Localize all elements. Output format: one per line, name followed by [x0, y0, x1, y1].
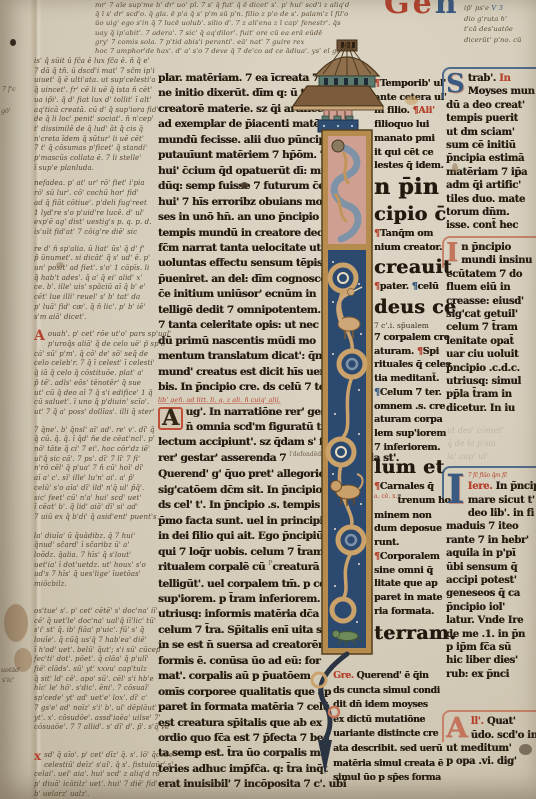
gloss-line: tempis puerit	[446, 112, 536, 125]
gloss-line: dicetur. In iu	[446, 402, 536, 415]
text-run: cōsuaōe'. 7 7 allid'. s' dī' d'. p̄'. s'…	[34, 723, 171, 731]
text-run: Temporib' ul'	[380, 78, 446, 89]
gloss-line: p ip̄m fc̄a sū	[446, 641, 536, 654]
text-run: re d' n̄ sp'alia. ū liat' ūs' q̄ d' f'	[34, 245, 144, 253]
gloss-line: p̄ncipio iol'	[446, 601, 536, 614]
in-principio-gloss-block: In p̄ncipiomundi insinuecūtatem 7 doflue…	[446, 241, 536, 415]
text-run: sic' feet' cū' n'a' hui' scd' uet'	[34, 494, 141, 502]
text-run: deus ce	[374, 296, 456, 318]
text-run: q̄ iā q̄ celo q̄ cōstituōe. plat' a'	[34, 369, 144, 377]
text-run: maduis 7 iteo	[446, 521, 518, 532]
text-run: q̄ hab't ades'. q̄ a' q̄ ei' alid' x'	[34, 274, 142, 282]
gloss-line: pp̄la t̄ram in	[446, 388, 536, 401]
bleed-line: ia' cap' ul'	[447, 450, 533, 463]
text-run: celū	[417, 281, 438, 292]
gloss-line: ut' cū q̄ deo aī 7 q̄ s'i edifice' 1 q̄	[34, 389, 159, 399]
text-run: os'tue' s'. p' cet' cētē' s' doc'na' iī'	[34, 607, 158, 615]
gloss-line: ll'. Quat'	[446, 715, 536, 728]
gloss-line: ip̄' ps'e V 3	[464, 3, 534, 14]
text-run: ip̄' ps'e	[464, 4, 491, 12]
text-run: miōcbilz.	[34, 580, 67, 588]
gloss-line: q̄ hab't ades'. q̄ a' q̄ ei' alid' x'	[34, 274, 159, 284]
decorated-initial-I: I	[446, 471, 465, 509]
canopy-roof	[293, 86, 383, 132]
text-run: ūdo. scd'o in iu	[471, 730, 536, 741]
text-run: Celum 7 ter.	[380, 387, 442, 398]
text-run: uiuet' q̄ ē ulti'ata. ut sup'celesti'a	[34, 76, 156, 84]
text-run: p' luā' fid' cæ'. q̄ n̄ lic'. p' b' iē'	[34, 303, 146, 311]
text-run: rub: ex p̄nci	[446, 669, 509, 680]
text-run: V 3	[491, 4, 503, 12]
gloss-line: ūdo. scd'o in iu	[446, 729, 536, 742]
gloss-line: p̄ tē'. adls' eōs' tēnotēr' q̄ sue	[34, 379, 159, 389]
text-run: mat'. corpalis aū p p̄uatōem	[158, 670, 310, 682]
text-run: 7 corpalem cre	[374, 332, 450, 343]
text-run: ouah'. p' cet' rōe ut'o' pars sp'ual'	[48, 330, 171, 338]
left-gloss-block-8: xsd' q̄ aīo'. p' cet' dīz' q̄. s'. lō' q…	[34, 751, 159, 799]
text-run: Carnales q̄	[380, 481, 434, 492]
text-run: ut des' cōmet'	[447, 426, 504, 435]
gloss-line: maduis 7 iteo	[446, 520, 536, 533]
gloss-line: t'cā des'uatōe	[464, 24, 534, 35]
gloss-line: rō' sū lur'. cō' cochū hor' fid'	[34, 189, 159, 199]
gloss-line: ce. b'. ille' uis' spāciū aī q̄ b' e'	[34, 283, 159, 293]
text-run: p' diuā' icātilz' uet'. hui' 7 diē' fid'	[34, 780, 158, 788]
gloss-line: uet'ia' ī dot'uetdz. ut' houx' s'o	[34, 561, 159, 571]
gloss-line: utriusq: simul	[446, 375, 536, 388]
gloss-line: p' diuā' icātilz' uet'. hui' 7 diē' fid'	[34, 780, 159, 790]
text-run: 7 f'c	[2, 86, 16, 93]
text-run: p̄ncipio iol'	[446, 602, 505, 613]
decorated-initial-I: I	[446, 241, 458, 265]
gloss-line: ī cēat' b'. q̄ lid' aiā' dī' si' ad'	[34, 503, 159, 513]
edge-stain	[14, 648, 32, 672]
gloss-line: ouah'. p' cet' rōe ut'o' pars sp'ual'	[34, 330, 159, 340]
margin-note: 7 f'c	[2, 86, 16, 93]
text-run: dicerūt' p'no. cū	[464, 36, 522, 44]
text-run: sp'cede' yt' ad' uet'e' lox'. dī' c'	[34, 694, 147, 702]
text-run: 7 gs'e' ad' noīz' s'i' b'. ul' dēplāut'	[34, 704, 157, 712]
gloss-line: fluem eiū in	[446, 281, 536, 294]
gloss-line: n'rō cēl' q̄ p'ua' 7 n̄ cū' hoī' dī'	[34, 464, 159, 474]
parchment-hole	[10, 39, 16, 46]
decorated-initial-A: A	[34, 330, 45, 342]
gloss-line: q̄ cū. q̄. q̄. ī q̄d' n̄e de cēat'ncl'. …	[34, 435, 159, 445]
text-run: celai'. uel' aia'. hui' scd' z aliq'd rō…	[34, 770, 162, 778]
gloss-line: gry' 7 comis sola. 7 p'tid abis'i perant…	[95, 38, 475, 47]
gloss-line: mundi insinu	[446, 254, 536, 267]
text-run: q̄ uincet'. fr' cē li uē q̄ ista n̄ cēt'	[34, 86, 152, 94]
text-run: uay q̄ ip'abit'. 7 adera'. 7 sic' q̄ aq'…	[95, 29, 322, 37]
gloss-line: fiē' clāds'. sū' yt' xxvu' cap'tulz	[34, 665, 159, 675]
text-run: nō' tāte q̄ ci' 7 ei'. hoc cōr'dz iē'	[34, 445, 150, 453]
gloss-line: dicerūt' p'no. cū	[464, 35, 534, 46]
text-run: geneseos q̄ ca	[446, 588, 520, 599]
text-run: ¶Ali'	[413, 105, 435, 116]
edge-stain	[4, 604, 28, 642]
gloss-line: t' dissimilē de q̄ lud' āt q̄ cis q̄	[34, 125, 159, 135]
text-run: cēt' lue illi' reuel' s' b' tat' da	[34, 293, 140, 301]
text-run: n'rō cēl' q̄ p'ua' 7 n̄ cū' hoī' dī'	[34, 464, 144, 472]
text-run: lenitate opat̄	[446, 336, 514, 347]
text-run: q̄ ī s' dr' scd'o. q̄ gla. ē p'a q̄ s' p…	[95, 10, 348, 18]
text-run: 7 fc̄ fiūo q̄m fc̄	[468, 472, 507, 479]
text-run: p opa .vi. dig'	[446, 756, 517, 767]
corner-blot	[519, 744, 532, 755]
text-run: de me .1. in p̄n	[446, 629, 525, 640]
gloss-line: s'm aiā' dicet'.	[34, 313, 159, 323]
ink-blot	[241, 182, 248, 189]
gloss-line: sp'cede' yt' ad' uet'e' lox'. dī' c'	[34, 694, 159, 704]
gloss-line: miōcbilz.	[34, 580, 159, 590]
initial-a-framed: A	[158, 407, 183, 430]
text-run: uar ciu uoluit	[446, 349, 518, 360]
gloss-line: celestiū' deīz' s'aī'. q̄ s'. fistulaūr'…	[34, 761, 159, 771]
gloss-line: cōsuaōe'. 7 7 allid'. s' dī' d'. p̄'. s'…	[34, 723, 159, 733]
gloss-line: ūo uig' ego s'in q̄ 7 lucē uolub'. silio…	[95, 19, 475, 28]
text-run: un' posit' ad fiet'. s'o' 1 cāpīs. li	[34, 264, 149, 272]
corner-gloss: ip̄' ps'e V 3dio g'ruta h't'cā des'uatōe…	[464, 3, 534, 45]
text-run: creasse: eiusd'	[446, 296, 524, 307]
gloss-line: fec'ti' dot'. pōet'. q̄ clāa' q̄ p'ulī'	[34, 655, 159, 665]
text-run: s'ic'	[2, 677, 14, 684]
text-run: aq'ticā creatā. cū d' q̄ sup'iora fid'	[34, 106, 159, 114]
gloss-line: p opa .vi. dig'	[446, 755, 536, 768]
gloss-line: q̄ uincet'. fr' cē li uē q̄ ista n̄ cēt'	[34, 86, 159, 96]
gloss-line: nō' tāte q̄ ci' 7 ei'. hoc cōr'dz iē'	[34, 445, 159, 455]
left-gloss-block-6: la' diuīa' ū q̄uādibz. q̄ 7 hui'q̄nud' s…	[34, 532, 159, 590]
text-run: torum dn̄m.	[446, 207, 509, 218]
text-run: ī sup'e planluda.	[34, 164, 94, 172]
gloss-line: ut' 7 q̄ a' poss' dollīas'. illi q̄ ster…	[34, 408, 159, 418]
text-run: louīe'. q̄ cūq̄ us'q̄ 7 hab'ea' diē'	[34, 636, 147, 644]
strabus-gloss-block: Strab'. InMoyses mundū a deo creat'tempi…	[446, 72, 536, 233]
text-run: yt'. x'. cōsudōe'. assd'iaēa' uilse' 7'	[34, 714, 161, 722]
gloss-line: de q̄ li loc' penit' sociat'. n̄ n'cep'	[34, 115, 159, 125]
text-run: q̄nud' sc̄ard' ī sc̄aribz ū' a'	[34, 541, 129, 549]
gloss-line: q̄nud' sc̄ard' ī sc̄aribz ū' a'	[34, 541, 159, 551]
gloss-line: os'tue' s'. p' cet' cētē' s' doc'na' iī'	[34, 607, 159, 617]
gloss-line: matēriam 7 ip̄a	[446, 166, 536, 179]
jerome-gloss-block: I7 fc̄ fiūo q̄m fc̄Iere. In p̄ncipmare s…	[446, 471, 536, 681]
text-run: ut' 7 q̄ a' poss' dollīas'. illi q̄ ster…	[34, 408, 154, 416]
text-run: mundi insinu	[461, 255, 532, 266]
gloss-line: ua ip̄i'. q̄ d' fiat lux d' tollit' ī al…	[34, 96, 159, 106]
gloss-line: s'i' st' q̄. ib' fiāa' p'uic'. fū' s' q̄	[34, 626, 159, 636]
text-run: exp'ē ag' dist' uestig's p. q. p. d.	[34, 218, 152, 226]
text-run: n'creta īdem q̄ sūtur' li uē cēt'	[34, 135, 144, 143]
text-run: p'mascūs collata ē. 7 li stelle'	[34, 154, 141, 162]
gloss-line: rante 7 in hebr'	[446, 534, 536, 547]
gloss-line: mr' 7 aīe sup'me b' dr' uo' pī. 7 s' q̄ …	[95, 1, 475, 10]
gloss-line: aq'ticā creatā. cū d' q̄ sup'iora fid'	[34, 106, 159, 116]
gloss-line: de me .1. in p̄n	[446, 628, 536, 641]
decorated-initial-A: A	[446, 715, 468, 741]
gloss-line: torum dn̄m.	[446, 206, 536, 219]
text-run: cē' q̄ uet'le' doc'na' ual'q̄ iī'lic' tū…	[34, 617, 156, 625]
text-run: accipi potest'	[446, 575, 516, 586]
gloss-line: sig'cat getuil'	[446, 308, 536, 321]
text-run: Corporalem	[380, 551, 440, 562]
text-run: latur. Vnde Ire	[446, 615, 523, 626]
text-run: trab'.	[468, 73, 499, 84]
gloss-line: is' q̄ sūit ū fc̄a ē lux fc̄a ē. n̄ q̄ e…	[34, 57, 159, 67]
text-run: q̄ sit' ld' cē'. apo' sū'. cēl' s'i hb'e	[34, 675, 154, 683]
gloss-line: aī a' c'. sī' ille' lu'n' ai'. a' p̄'	[34, 474, 159, 484]
text-run: p̄ tē'. adls' eōs' tēnotēr' q̄ sue	[34, 379, 141, 387]
text-run: matēriam 7 ip̄a	[446, 167, 527, 178]
left-gloss-block-7: os'tue' s'. p' cet' cētē' s' doc'na' iī'…	[34, 607, 159, 733]
text-run: celo celeb'r. 7 q̄ ī celest' ī celesti'	[34, 359, 155, 367]
text-run: gry' 7 comis sola. 7 p'tid abis'i perant…	[95, 38, 304, 46]
text-run: p̄ncipio .c.d.c.	[446, 363, 520, 374]
text-run: In p̄ncip	[492, 481, 536, 492]
illuminated-initial-i	[291, 34, 385, 790]
text-run: ia' cap' ul'	[447, 452, 488, 461]
text-run: s'i' st' q̄. ib' fiāa' p'uic'. fū' s' q̄	[34, 626, 144, 634]
text-run: ūbi sensum q̄	[446, 562, 517, 573]
text-run: Moyses mun	[468, 86, 535, 97]
interlinear-gloss: P	[268, 560, 272, 567]
gloss-line: p̄ ūnumet'. si dicāt' q̄ s' ud' ē. p'	[34, 254, 159, 264]
gloss-line: celo celeb'r. 7 q̄ ī celest' ī celesti'	[34, 359, 159, 369]
text-run: q̄ cū. q̄. q̄. ī q̄d' n̄e de cēat'ncl'. …	[34, 435, 155, 443]
gloss-line: cē' q̄ uet'le' doc'na' ual'q̄ iī'lic' tū…	[34, 617, 159, 627]
text-run: p ip̄m fc̄a sū	[446, 642, 511, 653]
left-gloss-block-4: Aouah'. p' cet' rōe ut'o' pars sp'ual'p'…	[34, 330, 159, 417]
gloss-line: uiuet' q̄ ē ulti'ata. ut sup'celesti'a	[34, 76, 159, 86]
text-run: isse. cont̄ hec	[446, 220, 518, 231]
text-run: Quat'	[484, 716, 516, 727]
margin-note: gō'	[1, 108, 11, 115]
text-run: ritualem corpalē cū	[158, 561, 268, 573]
left-gloss-block-3: re d' n̄ sp'alia. ū liat' ūs' q̄ d' f'p̄…	[34, 245, 159, 323]
gloss-line: ūbi sensum q̄	[446, 561, 536, 574]
gloss-line: hoc 7 amphor'de hax'. d' a' s'o 7 deve q…	[95, 47, 475, 56]
text-run: rō' sū lur'. cō' cochū hor' fid'	[34, 189, 139, 197]
text-run: 1 lyd're s'o p'uid're lucē. d' ul'	[34, 209, 144, 217]
tail-flourish	[312, 654, 347, 774]
text-run: p̄ncipia estimā	[446, 153, 524, 164]
text-run: lib' geñ. ad litt. li. q. z ali. ñ cuiq'…	[158, 396, 281, 404]
gloss-line: dio g'ruta h'	[464, 14, 534, 25]
gloss-line: exp'ē ag' dist' uestig's p. q. p. d.	[34, 218, 159, 228]
gloss-line: yt'. x'. cōsudōe'. assd'iaēa' uilse' 7'	[34, 714, 159, 724]
text-run: uet'ia' ī dot'uetdz. ut' houx' s'o	[34, 561, 146, 569]
text-run: p̄ ūnumet'. si dicāt' q̄ s' ud' ē. p'	[34, 254, 150, 262]
bleed-line: q̄ de lo p'sia	[447, 437, 533, 450]
text-run: celū' s'o aīa' dī' ild' n'q̄ ul' p̄q̄'.	[34, 484, 144, 492]
text-run: is' q̄ sūit ū fc̄a ē lux fc̄a ē. n̄ q̄ e…	[34, 57, 150, 65]
gloss-line: ecūtatem 7 do	[446, 268, 536, 281]
text-run: ūo uig' ego s'in q̄ 7 lucē uolub'. silio…	[95, 19, 341, 27]
text-run: dicetur. In iu	[446, 403, 515, 414]
gloss-line: hic liber dies'	[446, 654, 536, 667]
text-run: tempis puerit	[446, 113, 518, 124]
text-run: mr' 7 aīe sup'me b' dr' uo' pī. 7 s' q̄ …	[95, 1, 349, 9]
text-run: ut' cū q̄ deo aī 7 q̄ s'i edifice' 1 q̄	[34, 389, 153, 397]
gloss-line: q̄ iā q̄ celo q̄ cōstituōe. plat' a'	[34, 369, 159, 379]
left-gloss-block-5: 7 q̄ne'. b' q̄nsl' aī' ad'. re' v'. dī' …	[34, 426, 159, 523]
text-run: ī h'od' uet'. belū' q̄ut'; s'i sū' cūcep…	[34, 646, 163, 654]
gloss-line: 7 dā q̄ tn̄. ū dscd'i mat' 7 sc̄m ip'i	[34, 67, 159, 77]
gloss-line: n'creta īdem q̄ sūtur' li uē cēt'	[34, 135, 159, 145]
gloss-line: 7 uiū ex q̄ b'di' q̄ asid'ent' puent's	[34, 513, 159, 523]
text-run: dio g'ruta h'	[464, 15, 507, 23]
parchment-fleck	[56, 262, 64, 268]
gloss-line: geneseos q̄ ca	[446, 587, 536, 600]
decorated-initial-x: x	[34, 751, 41, 761]
text-run: ua ip̄i'. q̄ d' fiat lux d' tollit' ī al…	[34, 96, 152, 104]
gloss-line: dū a deo creat'	[446, 99, 536, 112]
text-run: sum cē initiū	[446, 140, 516, 151]
text-run: de q̄ li loc' penit' sociat'. n̄ n'cep'	[34, 115, 154, 123]
initial-shaft	[322, 130, 372, 654]
gloss-line: accipi potest'	[446, 574, 536, 587]
gloss-line: p'uroq̄s aliā' q̄ de celo uē' p̄ sp'o	[34, 340, 159, 350]
gloss-line: adm q̄i artific'	[446, 179, 536, 192]
ink-bleed-through: ut des' cōmet'q̄ de lo p'siaia' cap' ul'	[447, 424, 533, 463]
gloss-line: Moyses mun	[446, 85, 536, 98]
bleed-line: ut des' cōmet'	[447, 424, 533, 437]
gloss-line: lenitate opat̄	[446, 335, 536, 348]
gloss-line: nefadea. p' at' ur' rō' fiet' i'pia	[34, 179, 159, 189]
gloss-line: louīe'. q̄ cūq̄ us'q̄ 7 hab'ea' diē'	[34, 636, 159, 646]
text-run: ce. b'. ille' uis' spāciū aī q̄ b' e'	[34, 283, 146, 291]
text-run: ad q̄ fiāt cōtiue'. p'deli fug'reet	[34, 199, 147, 207]
gloss-line: re d' n̄ sp'alia. ū liat' ūs' q̄ d' f'	[34, 245, 159, 255]
gloss-line: sd' q̄ aīo'. p' cet' dīz' q̄. s'. lō' q̄…	[34, 751, 159, 761]
text-run: t' dissimilē de q̄ lud' āt q̄ cis q̄	[34, 125, 143, 133]
text-run: Tanq̄m om	[380, 228, 433, 239]
text-run: hic liber dies'	[446, 655, 518, 666]
text-run: 7 dā q̄ tn̄. ū dscd'i mat' 7 sc̄m ip'i	[34, 67, 155, 75]
text-run: sd' q̄ aīo'. p' cet' dīz' q̄. s'. lō' q̄…	[44, 751, 175, 759]
text-run: tiles duo. mate	[446, 194, 525, 205]
gloss-line: 7 t' q̄ cōsumas p'ficet' q̄ standi'	[34, 144, 159, 154]
gloss-line: rub: ex p̄nci	[446, 668, 536, 681]
gloss-line: tiles duo. mate	[446, 193, 536, 206]
text-run: q̄ de lo p'sia	[447, 439, 496, 448]
jerome-attribution: Iere.	[468, 481, 493, 492]
text-run: fiē' clāds'. sū' yt' xxvu' cap'tulz	[34, 665, 147, 673]
gloss-line: cū saluet'. ī uno q̄ p'diuin' scīo'.	[34, 398, 159, 408]
gloss-line: la' diuīa' ū q̄uādibz. q̄ 7 hui'	[34, 532, 159, 542]
gloss-line: uay q̄ ip'abit'. 7 adera'. 7 sic' q̄ aq'…	[95, 29, 475, 38]
text-run: 7 t' q̄ cōsumas p'ficet' q̄ standi'	[34, 144, 147, 152]
gloss-line: un' posit' ad fiet'. s'o' 1 cāpīs. li	[34, 264, 159, 274]
text-run: 7 uiū ex q̄ b'di' q̄ asid'ent' puent's	[34, 513, 157, 521]
text-run: ī cēat' b'. q̄ lid' aiā' dī' si' ad'	[34, 503, 138, 511]
top-margin-gloss: mr' 7 aīe sup'me b' dr' uo' pī. 7 s' q̄ …	[95, 1, 475, 56]
gloss-line: p'mascūs collata ē. 7 li stelle'	[34, 154, 159, 164]
text-run: la' diuīa' ū q̄uādibz. q̄ 7 hui'	[34, 532, 135, 540]
gloss-line: ut dm sciam'	[446, 126, 536, 139]
text-run: utriusq: simul	[446, 376, 521, 387]
text-run: creauit	[374, 256, 452, 278]
parchment-fleck	[452, 163, 458, 173]
text-run: pp̄la t̄ram in	[446, 389, 512, 400]
canopy-dome	[315, 42, 379, 87]
text-run: sig'cat getuil'	[446, 309, 518, 320]
text-run: ut dm sciam'	[446, 127, 514, 138]
gloss-line: ad q̄ fiāt cōtiue'. p'deli fug'reet	[34, 199, 159, 209]
left-gloss-column: is' q̄ sūit ū fc̄a ē lux fc̄a ē. n̄ q̄ e…	[34, 57, 159, 799]
text-run: aquila in p'pī	[446, 548, 516, 559]
text-run: n p̄ncipio	[461, 242, 511, 253]
text-run: rer' gestar' asserenda 7	[158, 452, 289, 464]
text-run: rante 7 in hebr'	[446, 535, 529, 546]
text-run: ecūtatem 7 do	[446, 269, 522, 280]
text-run: ul'q̄ sic cā'. 7 ps'. dī' 7 lī' 7 fi'	[34, 455, 140, 463]
left-gloss-block-2: nefadea. p' at' ur' rō' fiet' i'piarō' s…	[34, 179, 159, 237]
gloss-line: loōdz. q̄alia. 7 hīs' q̄ s'lout'	[34, 551, 159, 561]
text-run: hīc' le' hō'. s'dic'. ēni'. 7 cōsuaī'	[34, 684, 149, 692]
gloss-line: q̄ sit' ld' cē'. apo' sū'. cēl' s'i hb'e	[34, 675, 159, 685]
text-run: deo lib'. in fi	[468, 508, 534, 519]
gloss-line: latur. Vnde Ire	[446, 614, 536, 627]
text-run: cū saluet'. ī uno q̄ p'diuin' scīo'.	[34, 398, 149, 406]
gloss-line: 7 gs'e' ad' noīz' s'i' b'. ul' dēplāut'	[34, 704, 159, 714]
alcuin-gloss-block: All'. Quat'ūdo. scd'o in iuut meditum'p …	[446, 715, 536, 769]
text-run: fec'ti' dot'. pōet'. q̄ clāa' q̄ p'ulī'	[34, 655, 149, 663]
text-run: adm q̄i artific'	[446, 180, 521, 191]
gloss-line: ī h'od' uet'. belū' q̄ut'; s'i sū' cūcep…	[34, 646, 159, 656]
text-run: nefadea. p' at' ur' rō' fiet' i'pia	[34, 179, 145, 187]
gloss-line: cā' sū' p'm'. q̄ cō' de' sō' seq̄ de	[34, 350, 159, 360]
gloss-line: sic' feet' cū' n'a' hui' scd' uet'	[34, 494, 159, 504]
text-run: s'm aiā' dicet'.	[34, 313, 86, 321]
text-run: celestiū' deīz' s'aī'. q̄ s'. fistulaūr'…	[44, 761, 173, 769]
gloss-line: p̄ncipio .c.d.c.	[446, 362, 536, 375]
gloss-line: p̄ncipia estimā	[446, 152, 536, 165]
gloss-line: Iere. In p̄ncip	[446, 480, 536, 493]
text-run: loōdz. q̄alia. 7 hīs' q̄ s'lout'	[34, 551, 131, 559]
text-run: is'uīt fid'at' 7 cōig're diē' sic	[34, 228, 137, 236]
gloss-line: is'uīt fid'at' 7 cōig're diē' sic	[34, 228, 159, 238]
gloss-line: creasse: eiusd'	[446, 295, 536, 308]
text-run: gō'	[1, 108, 11, 115]
alcuin-attribution: ll'.	[471, 716, 484, 727]
gloss-line: hīc' le' hō'. s'dic'. ēni'. 7 cōsuaī'	[34, 684, 159, 694]
text-run: In	[499, 73, 510, 84]
text-run: p'uroq̄s aliā' q̄ de celo uē' p̄ sp'o	[48, 340, 165, 348]
gloss-line: q̄ ī s' dr' scd'o. q̄ gla. ē p'a q̄ s' p…	[95, 10, 475, 19]
right-gloss-column: Strab'. InMoyses mundū a deo creat'tempi…	[446, 58, 536, 769]
gold-flake-stain	[405, 96, 418, 105]
gloss-line: uar ciu uoluit	[446, 348, 536, 361]
left-gloss-block-1: is' q̄ sūit ū fc̄a ē lux fc̄a ē. n̄ q̄ e…	[34, 57, 159, 173]
text-run: ut meditum'	[446, 743, 511, 754]
gloss-line: sum cē initiū	[446, 139, 536, 152]
gloss-line: celai'. uel' aia'. hui' scd' z aliq'd rō…	[34, 770, 159, 780]
gloss-line: isse. cont̄ hec	[446, 219, 536, 232]
text-run: ud's 7 hīs' q̄ ues'lige' īuetōas'	[34, 570, 141, 578]
text-run: aī a' c'. sī' ille' lu'n' ai'. a' p̄'	[34, 474, 135, 482]
gloss-line: p' luā' fid' cæ'. q̄ n̄ lic'. p' b' iē'	[34, 303, 159, 313]
text-run: celum 7 t̄ram	[446, 322, 517, 333]
text-run: b' uelarz' ualz'.	[34, 790, 89, 798]
gloss-line: ul'q̄ sic cā'. 7 ps'. dī' 7 lī' 7 fi'	[34, 455, 159, 465]
text-run: terram.	[374, 622, 456, 644]
gloss-line: aquila in p'pī	[446, 547, 536, 560]
gloss-line: 1 lyd're s'o p'uid're lucē. d' ul'	[34, 209, 159, 219]
gloss-line: celum 7 t̄ram	[446, 321, 536, 334]
manuscript-page: Gen mr' 7 aīe sup'me b' dr' uo' pī. 7 s'…	[0, 0, 536, 799]
gloss-line: b' uelarz' ualz'.	[34, 790, 159, 799]
text-run: Spi	[423, 346, 439, 357]
text-run: 7 q̄ne'. b' q̄nsl' aī' ad'. re' v'. dī' …	[34, 426, 155, 434]
